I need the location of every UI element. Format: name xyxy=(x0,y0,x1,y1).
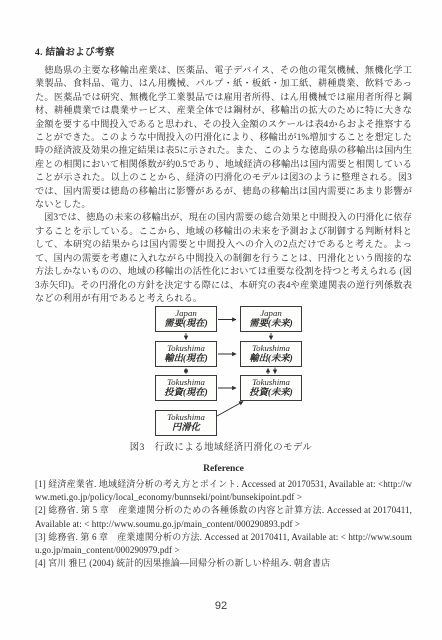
box-label-en: Tokushima xyxy=(167,412,205,423)
box-tokushima-export-present: Tokushima 輸出(現在) xyxy=(155,341,217,367)
box-label-jp: 需要(未来) xyxy=(249,319,292,330)
box-label-jp: 輸出(未来) xyxy=(249,354,292,365)
box-label-jp: 投資(現在) xyxy=(164,388,207,399)
body-text-block: 4. 結論および考察 徳島県の主要な移輸出産業は、医薬品、電子デバイス、その他の… xyxy=(35,46,412,305)
box-label-en: Japan xyxy=(175,308,197,319)
figure-3-smoothing-model: Japan 需要(現在) Japan 需要(未来) Tokushima 輸出(現… xyxy=(0,298,442,460)
scanned-paper-page: 4. 結論および考察 徳島県の主要な移輸出産業は、医薬品、電子デバイス、その他の… xyxy=(0,0,442,640)
box-tokushima-invest-present: Tokushima 投資(現在) xyxy=(155,375,217,401)
references-heading: Reference xyxy=(35,463,412,474)
figure-caption: 図3 行政による地域経済円滑化のモデル xyxy=(0,439,442,453)
figure-arrow-layer xyxy=(0,298,442,460)
references-section: Reference [1] 経済産業省. 地域経済分析の考え方とポイント. Ac… xyxy=(35,463,412,570)
box-label-jp: 輸出(現在) xyxy=(164,354,207,365)
box-tokushima-smoothing: Tokushima 円滑化 xyxy=(155,410,217,436)
box-label-en: Japan xyxy=(260,308,282,319)
box-label-en: Tokushima xyxy=(167,343,205,354)
box-japan-demand-future: Japan 需要(未来) xyxy=(240,306,302,332)
box-label-en: Tokushima xyxy=(252,343,290,354)
box-tokushima-invest-future: Tokushima 投資(未来) xyxy=(240,375,302,401)
box-japan-demand-present: Japan 需要(現在) xyxy=(155,306,217,332)
box-tokushima-export-future: Tokushima 輸出(未来) xyxy=(240,341,302,367)
box-label-jp: 円滑化 xyxy=(172,423,200,434)
box-label-jp: 需要(現在) xyxy=(164,319,207,330)
reference-item-1: [1] 経済産業省. 地域経済分析の考え方とポイント. Accessed at … xyxy=(35,478,412,504)
paragraph-conclusion-2: 図3では、徳島の未来の移輸出が、現在の国内需要の総合効果と中間投入の円滑化に依存… xyxy=(35,211,412,305)
box-label-en: Tokushima xyxy=(167,377,205,388)
box-label-en: Tokushima xyxy=(252,377,290,388)
reference-item-2: [2] 総務省. 第 5 章 産業連関分析のための各種係数の内容と計算方法. A… xyxy=(35,504,412,530)
reference-item-4: [4] 宮川 雅巳 (2004) 統計的因果推論―回帰分析の新しい枠組み. 朝倉… xyxy=(35,557,412,570)
section-heading: 4. 結論および考察 xyxy=(35,46,412,60)
box-label-jp: 投資(未来) xyxy=(249,388,292,399)
reference-item-3: [3] 総務省. 第 6 章 産業連関分析の方法. Accessed at 20… xyxy=(35,531,412,557)
page-number: 92 xyxy=(0,600,442,612)
paragraph-conclusion-1: 徳島県の主要な移輸出産業は、医薬品、電子デバイス、その他の電気機械、無機化学工業… xyxy=(35,64,412,211)
arrow-smoothing-to-invest-future xyxy=(217,402,243,417)
